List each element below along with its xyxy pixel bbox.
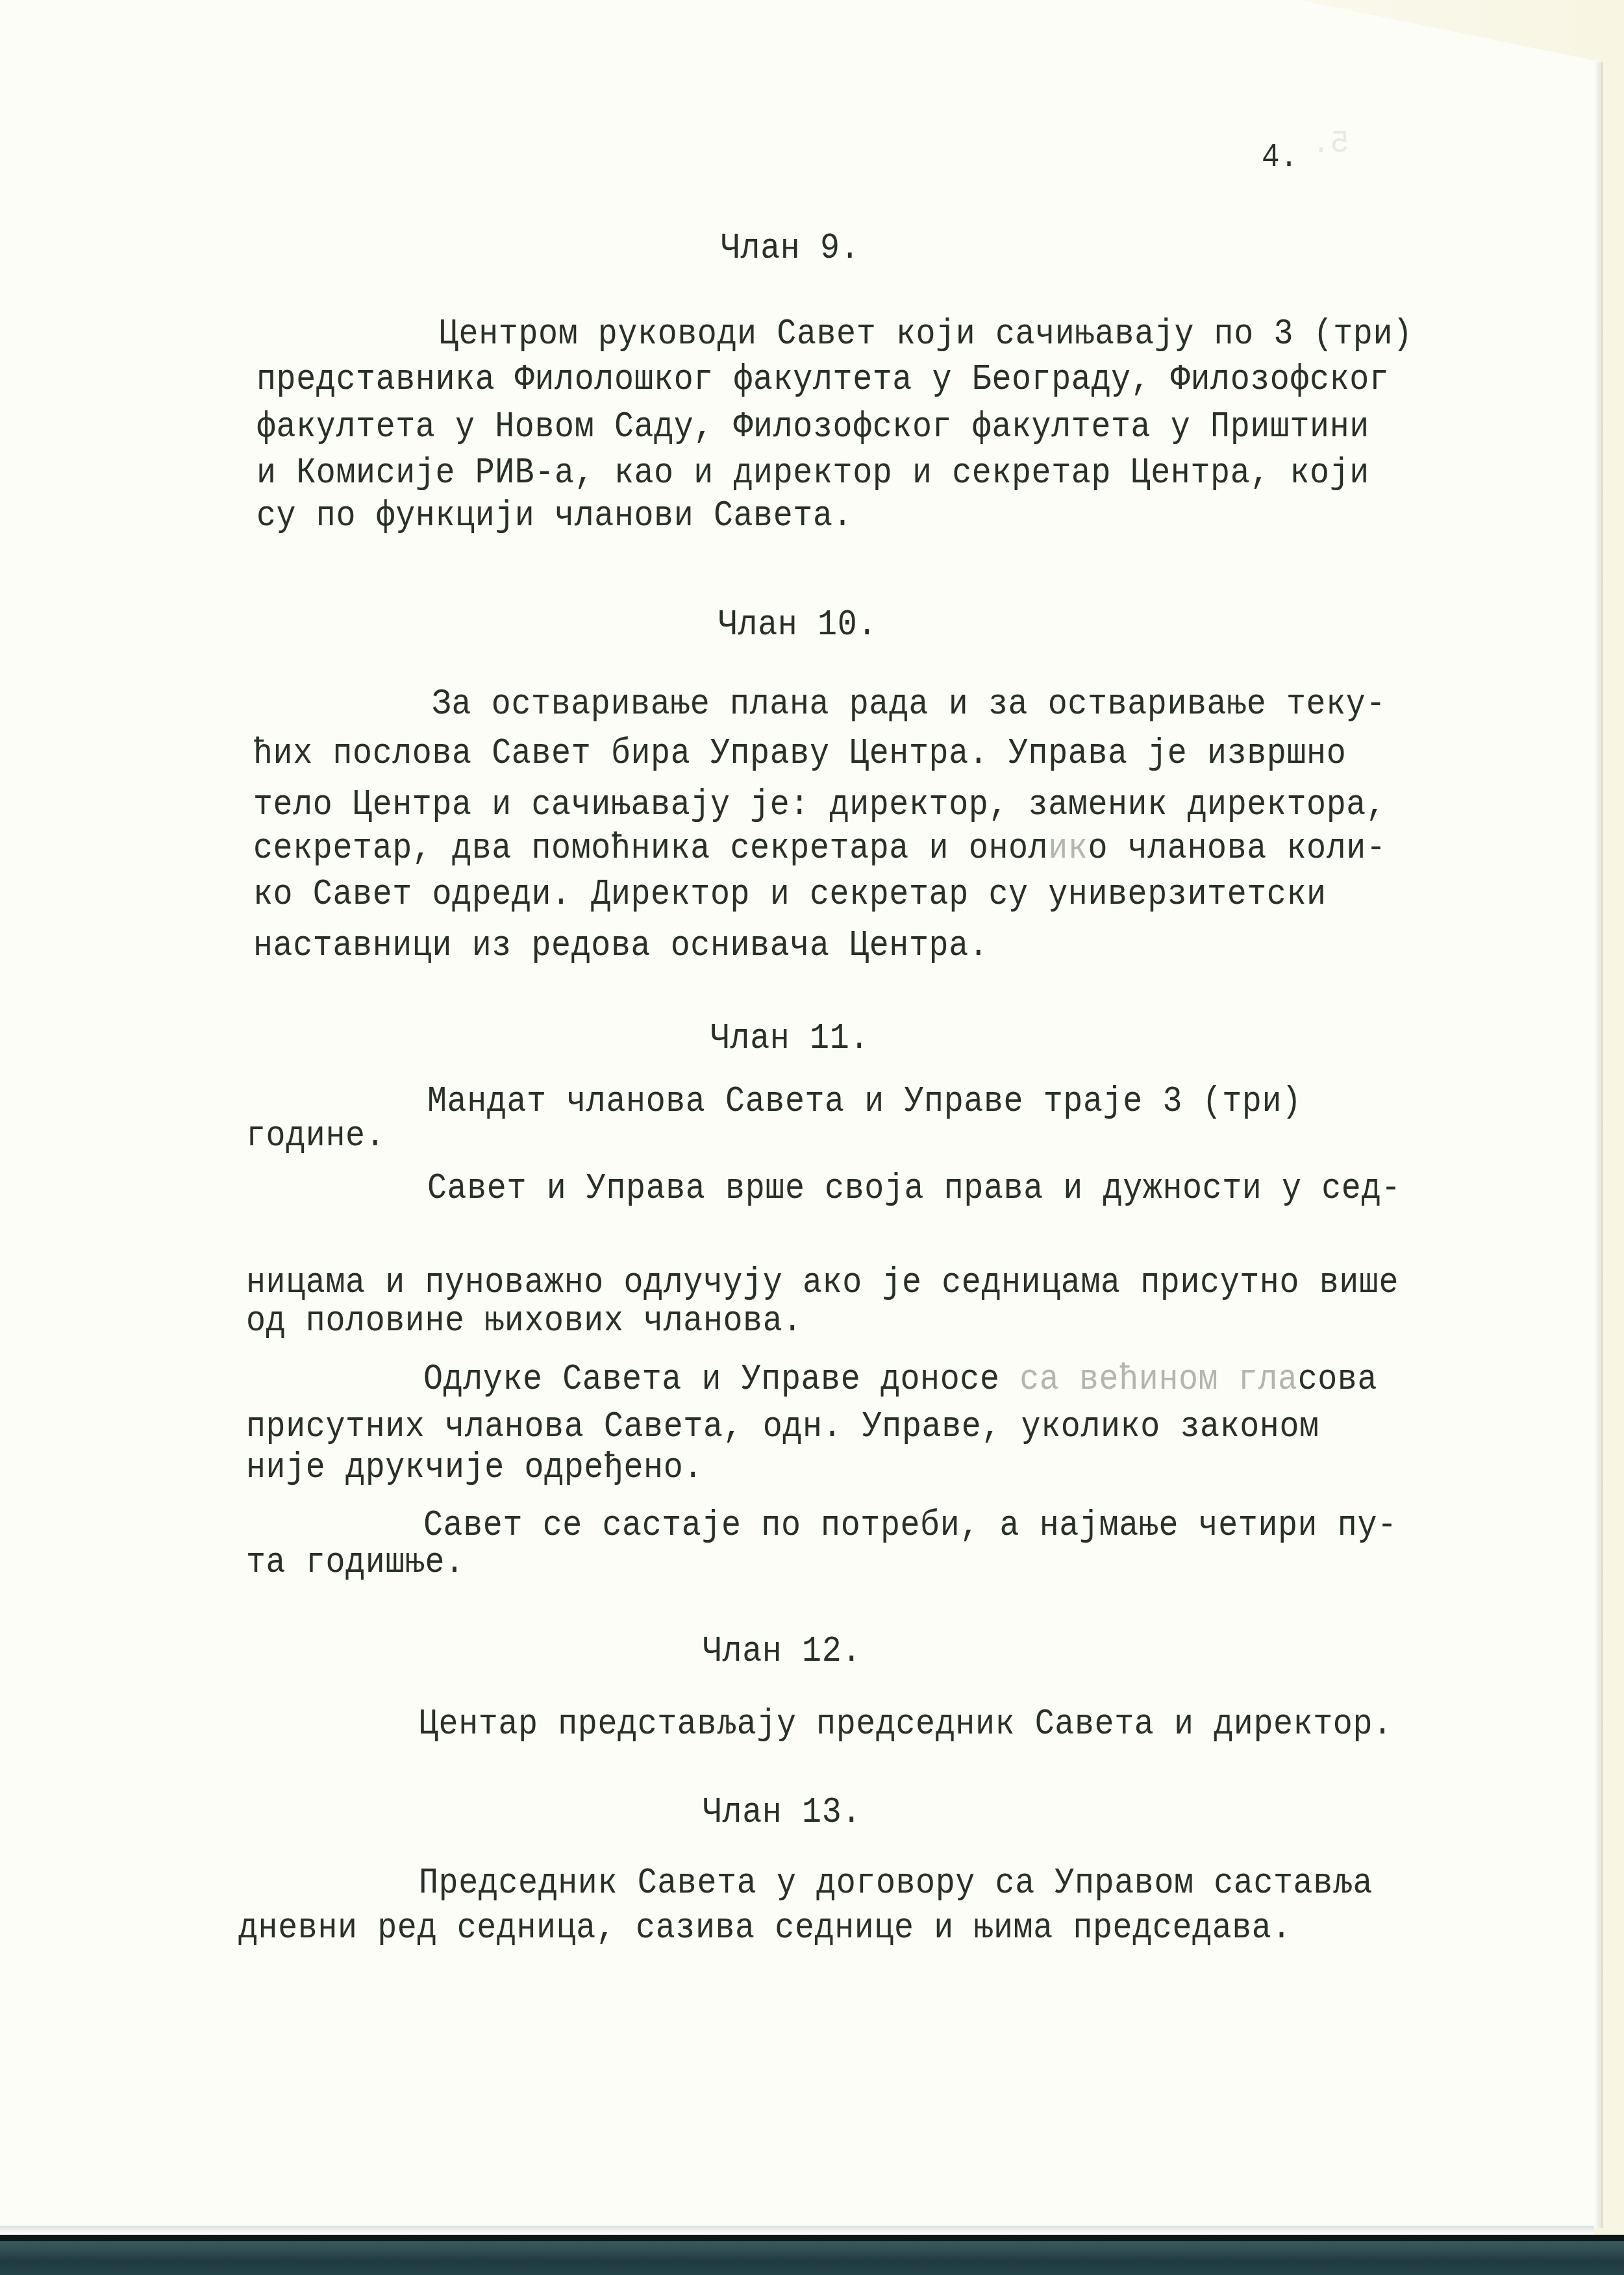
text-fragment: сова	[1298, 1360, 1377, 1401]
scanner-bed-band	[0, 2241, 1624, 2275]
text-fragment: секретар, два помоћника секретара и онол	[253, 828, 1048, 870]
text-line: Савет се састаје по потреби, а најмање ч…	[423, 1508, 1397, 1545]
text-line: Председник Савета у договору са Управом …	[419, 1866, 1373, 1902]
text-line: ко Савет одреди. Директор и секретар су …	[253, 877, 1327, 914]
scanner-edge-line	[0, 2235, 1624, 2241]
text-line-partially-faded: секретар, два помоћника секретара и онол…	[253, 831, 1386, 867]
text-line: ницама и пуноважно одлучују ако је седни…	[246, 1265, 1399, 1302]
text-line: од половине њихових чланова.	[246, 1304, 803, 1340]
text-line: наставници из редова оснивача Центра.	[253, 928, 988, 965]
text-line: дневни ред седница, сазива седнице и њим…	[238, 1911, 1292, 1947]
article-heading: Члан 10.	[718, 608, 877, 644]
page-right-edge	[1594, 62, 1603, 2228]
bleed-through-page-number: 5.	[1312, 127, 1349, 162]
text-line: та годишње.	[246, 1545, 465, 1582]
text-line: тело Центра и сачињавају је: директор, з…	[253, 788, 1386, 824]
text-line: ћих послова Савет бира Управу Центра. Уп…	[253, 736, 1346, 773]
text-line: године.	[246, 1119, 385, 1155]
text-line: Центар представљају председник Савета и …	[419, 1707, 1393, 1743]
article-heading: Члан 13.	[703, 1795, 862, 1832]
text-line: и Комисије РИВ-а, као и директор и секре…	[256, 456, 1369, 492]
text-line: су по функцији чланови Савета.	[256, 499, 853, 535]
text-fragment: Одлуке Савета и Управе доносе	[423, 1360, 1019, 1401]
article-heading: Члан 12.	[703, 1634, 862, 1671]
text-line: Мандат чланова Савета и Управе траје 3 (…	[427, 1084, 1302, 1121]
faded-text-fragment: ик	[1048, 828, 1088, 870]
text-line: Центром руководи Савет који сачињавају п…	[439, 317, 1413, 353]
article-heading: Члан 11.	[710, 1021, 869, 1058]
page-number: 4.	[1262, 140, 1298, 174]
text-line: није друкчије одређено.	[246, 1450, 703, 1487]
text-fragment: о чланова коли-	[1088, 828, 1386, 870]
text-line: присутних чланова Савета, одн. Управе, у…	[246, 1410, 1319, 1446]
text-line: представника Филолошког факултета у Беог…	[256, 362, 1389, 399]
article-heading: Члан 9.	[721, 231, 860, 267]
text-line-partially-faded: Одлуке Савета и Управе доносе са већином…	[423, 1362, 1377, 1399]
text-line: факултета у Новом Саду, Филозофског факу…	[256, 410, 1369, 446]
text-line: За остваривање плана рада и за остварива…	[432, 687, 1386, 723]
underlying-sheet-edge	[0, 2226, 1594, 2235]
faded-text-fragment: са већином гла	[1019, 1360, 1297, 1401]
text-line: Савет и Управа врше своја права и дужнос…	[427, 1171, 1401, 1208]
